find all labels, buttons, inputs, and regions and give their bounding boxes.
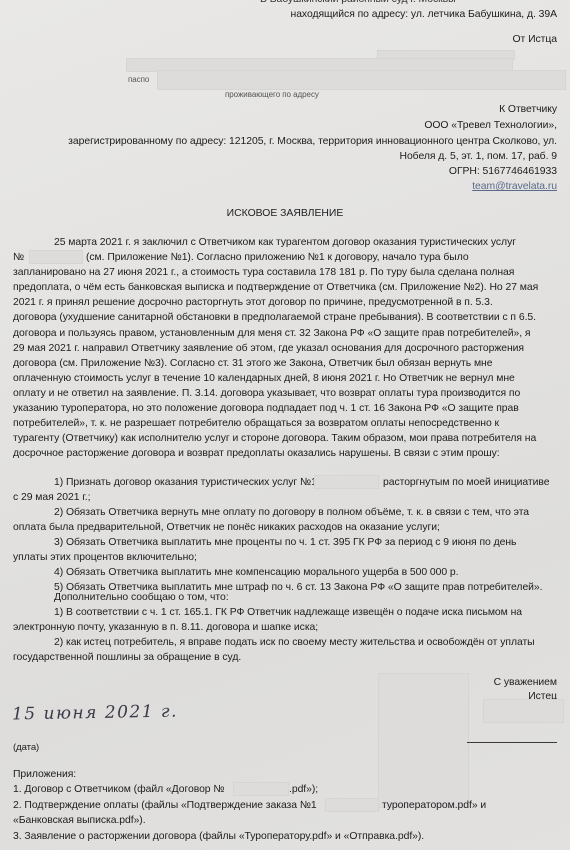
date-label: (дата) xyxy=(13,741,39,754)
body-line: запланировано на 27 июня 2021 г., а стои… xyxy=(13,266,514,279)
defendant-address-line-2: Нобеля д. 5, эт. 1, пом. 17, раб. 9 xyxy=(400,150,558,163)
additional-item-2: 2) как истец потребитель, я вправе подат… xyxy=(54,636,535,649)
defendant-ogrn: ОГРН: 5167746461933 xyxy=(449,165,557,178)
body-line: указанию туроператора, но это положение … xyxy=(13,402,519,415)
defendant-email-link[interactable]: team@travelata.ru xyxy=(472,180,557,193)
redacted-signature xyxy=(378,673,469,808)
defendant-name: ООО «Тревел Технологии», xyxy=(424,119,557,132)
body-line: договора (ухудшение санитарной обстановк… xyxy=(13,311,536,324)
request-1: 1) Признать договор оказания туристическ… xyxy=(54,476,317,489)
redacted-order-number xyxy=(325,798,379,812)
redacted-plaintiff-initials xyxy=(483,699,564,723)
body-line: потребителей», т. к. не разрешает потреб… xyxy=(13,417,499,430)
request-3-cont: уплаты этих процентов включительно; xyxy=(13,551,197,564)
document-title: ИСКОВОЕ ЗАЯВЛЕНИЕ xyxy=(0,208,570,219)
request-3: 3) Обязать Ответчика выплатить мне проце… xyxy=(54,536,516,549)
redacted-contract-number xyxy=(29,250,83,264)
from-plaintiff-label: От Истца xyxy=(513,33,557,46)
body-line: оплату и не ответил на заявление. П. 3.1… xyxy=(13,387,520,400)
additional-item-2-cont: государственной пошлины за обращение в с… xyxy=(13,651,241,664)
redacted-contract-filename xyxy=(233,782,289,796)
request-1-tail: расторгнутым по моей инициативе xyxy=(383,476,549,489)
partial-hidden-text-2: проживающего по адресу xyxy=(225,88,319,101)
court-name-partial: В Бабушкинский районный суд г. Москвы xyxy=(260,0,456,6)
contract-number-prefix: № xyxy=(13,251,24,264)
body-line: договора и пользуясь правом, установленн… xyxy=(13,327,531,340)
additional-item-1: 1) В соответствии с ч. 1 ст. 165.1. ГК Р… xyxy=(54,606,522,619)
attachment-1: 1. Договор с Ответчиком (файл «Договор № xyxy=(13,783,224,796)
request-4: 4) Обязать Ответчика выплатить мне компе… xyxy=(54,566,459,579)
redacted-plaintiff-address xyxy=(157,70,566,90)
body-line: оплаченную стоимость услуг в течение 10 … xyxy=(13,372,515,385)
additional-intro: Дополнительно сообщаю о том, что: xyxy=(54,591,229,604)
request-1-cont: с 29 мая 2021 г.; xyxy=(13,491,90,504)
request-2: 2) Обязать Ответчика вернуть мне оплату … xyxy=(54,506,529,519)
body-line: турагенту (Ответчику) как исполнителю ус… xyxy=(13,432,536,445)
attachments-title: Приложения: xyxy=(13,768,76,781)
additional-item-1-cont: электронную почту, указанную в п. 8.11. … xyxy=(13,621,318,634)
redacted-contract-number-2 xyxy=(314,475,379,489)
defendant-address-line-1: зарегистрированному по адресу: 121205, г… xyxy=(68,135,557,148)
body-line: договора (см. Приложение №3). Согласно с… xyxy=(13,357,492,370)
attachment-3: 3. Заявление о расторжении договора (фай… xyxy=(13,830,424,843)
signature-line xyxy=(467,742,557,743)
court-address: находящийся по адресу: ул. летчика Бабуш… xyxy=(291,8,558,21)
body-line: 25 марта 2021 г. я заключил с Ответчиком… xyxy=(54,236,516,249)
attachment-2-cont: «Банковская выписка.pdf»). xyxy=(13,814,146,827)
attachment-2: 2. Подтверждение оплаты (файлы «Подтверж… xyxy=(13,799,317,812)
body-line: (см. Приложение №1). Согласно приложению… xyxy=(86,251,469,264)
handwritten-date: 15 июня 2021 г. xyxy=(12,702,178,725)
partial-hidden-text: паспо xyxy=(128,73,149,86)
attachment-1-end: .pdf»); xyxy=(289,783,318,796)
to-defendant-label: К Ответчику xyxy=(499,103,557,116)
request-2-cont: оплата была предварительной, Ответчик не… xyxy=(13,521,440,534)
body-line: 29 мая 2021 г. направил Ответчику заявле… xyxy=(13,342,524,355)
body-line: предоплата, о чём есть банковская выписк… xyxy=(13,281,538,294)
claim-document-page: В Бабушкинский районный суд г. Москвы на… xyxy=(0,0,570,850)
regards-text: С уважением xyxy=(494,676,557,689)
body-line: 2021 г. я принял решение досрочно растор… xyxy=(13,296,493,309)
attachment-2-end: туроператором.pdf» и xyxy=(382,799,486,812)
body-line: досрочное расторжение договора и возврат… xyxy=(13,447,500,460)
